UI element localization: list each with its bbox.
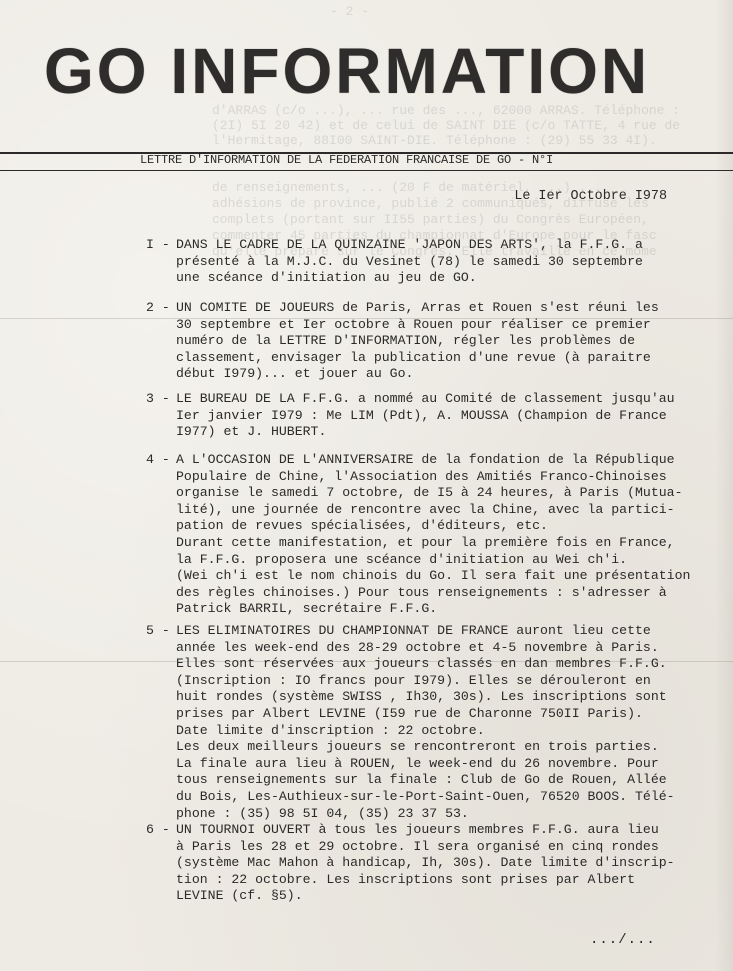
bleed-through-page-number: - 2 - <box>330 4 369 21</box>
news-item-5: 5 - LES ELIMINATOIRES DU CHAMPIONNAT DE … <box>146 623 706 822</box>
item-text-line: du Bois, Les-Authieux-sur-le-Port-Saint-… <box>146 789 706 806</box>
item-text-line: la F.F.G. proposera une scéance d'initia… <box>146 552 706 569</box>
masthead-title: GO INFORMATION <box>44 36 704 106</box>
item-text-line: présenté à la M.J.C. du Vesinet (78) le … <box>146 254 706 271</box>
item-text-line: A L'OCCASION DE L'ANNIVERSAIRE de la fon… <box>146 452 706 469</box>
item-text-line: classement, envisager la publication d'u… <box>146 350 706 367</box>
bleed-through-line: l'Hermitage, 88I00 SAINT-DIE. Téléphone … <box>212 133 657 150</box>
item-text-line: Populaire de Chine, l'Association des Am… <box>146 469 706 486</box>
item-text-line: Patrick BARRIL, secrétaire F.F.G. <box>146 601 706 618</box>
item-text-line: LEVINE (cf. §5). <box>146 888 706 905</box>
item-text-line: DANS LE CADRE DE LA QUINZAINE 'JAPON DES… <box>146 237 706 254</box>
item-number: 5 - <box>146 623 170 640</box>
item-text-line: (système Mac Mahon à handicap, Ih, 30s).… <box>146 855 706 872</box>
item-text-line: Elles sont réservées aux joueurs classés… <box>146 656 706 673</box>
news-item-6: 6 - UN TOURNOI OUVERT à tous les joueurs… <box>146 822 706 905</box>
news-item-1: I - DANS LE CADRE DE LA QUINZAINE 'JAPON… <box>146 237 706 287</box>
item-text-line: début I979)... et jouer au Go. <box>146 366 706 383</box>
item-text-line: Les deux meilleurs joueurs se rencontrer… <box>146 739 706 756</box>
item-text-line: UN TOURNOI OUVERT à tous les joueurs mem… <box>146 822 706 839</box>
item-text-line: La finale aura lieu à ROUEN, le week-end… <box>146 756 706 773</box>
header-rule-bottom <box>0 170 733 171</box>
item-number: I - <box>146 237 170 254</box>
item-number: 6 - <box>146 822 170 839</box>
item-text-line: prises par Albert LEVINE (I59 rue de Cha… <box>146 706 706 723</box>
continued-marker: .../... <box>590 932 656 949</box>
item-text-line: I977) et J. HUBERT. <box>146 424 706 441</box>
item-number: 2 - <box>146 300 170 317</box>
item-text-line: (Inscription : IO francs pour I979). Ell… <box>146 673 706 690</box>
item-text-line: (Wei ch'i est le nom chinois du Go. Il s… <box>146 568 706 585</box>
item-text-line: pation de revues spécialisées, d'éditeur… <box>146 518 706 535</box>
item-text-line: à Paris les 28 et 29 octobre. Il sera or… <box>146 839 706 856</box>
item-text-line: numéro de la LETTRE D'INFORMATION, régle… <box>146 333 706 350</box>
paper-edge-shadow <box>715 0 733 971</box>
item-text-line: tion : 22 octobre. Les inscriptions sont… <box>146 872 706 889</box>
item-text-line: Ier janvier I979 : Me LIM (Pdt), A. MOUS… <box>146 408 706 425</box>
item-text-line: des règles chinoises.) Pour tous renseig… <box>146 585 706 602</box>
item-text-line: huit rondes (système SWISS , Ih30, 30s).… <box>146 689 706 706</box>
item-text-line: LE BUREAU DE LA F.F.G. a nommé au Comité… <box>146 391 706 408</box>
item-text-line: tous renseignements sur la finale : Club… <box>146 772 706 789</box>
item-text-line: 30 septembre et Ier octobre à Rouen pour… <box>146 317 706 334</box>
item-text-line: UN COMITE DE JOUEURS de Paris, Arras et … <box>146 300 706 317</box>
news-item-4: 4 - A L'OCCASION DE L'ANNIVERSAIRE de la… <box>146 452 706 618</box>
bleed-through-line: complets (portant sur II55 parties) du C… <box>212 212 649 229</box>
item-number: 3 - <box>146 391 170 408</box>
masthead-subtitle: LETTRE D'INFORMATION DE LA FEDERATION FR… <box>0 152 733 169</box>
item-text-line: phone : (35) 98 5I 04, (35) 23 37 53. <box>146 806 706 823</box>
item-number: 4 - <box>146 452 170 469</box>
item-text-line: lité), une journée de rencontre avec la … <box>146 502 706 519</box>
item-text-line: une scéance d'initiation au jeu de GO. <box>146 270 706 287</box>
item-text-line: année les week-end des 28-29 octobre et … <box>146 640 706 657</box>
document-page: - 2 - d'ARRAS (c/o ...), ... rue des ...… <box>0 0 733 971</box>
item-text-line: organise le samedi 7 octobre, de I5 à 24… <box>146 485 706 502</box>
item-text-line: Date limite d'inscription : 22 octobre. <box>146 723 706 740</box>
news-item-3: 3 - LE BUREAU DE LA F.F.G. a nommé au Co… <box>146 391 706 441</box>
item-text-line: LES ELIMINATOIRES DU CHAMPIONNAT DE FRAN… <box>146 623 706 640</box>
issue-date: Le Ier Octobre I978 <box>514 188 667 205</box>
item-text-line: Durant cette manifestation, et pour la p… <box>146 535 706 552</box>
news-item-2: 2 - UN COMITE DE JOUEURS de Paris, Arras… <box>146 300 706 383</box>
